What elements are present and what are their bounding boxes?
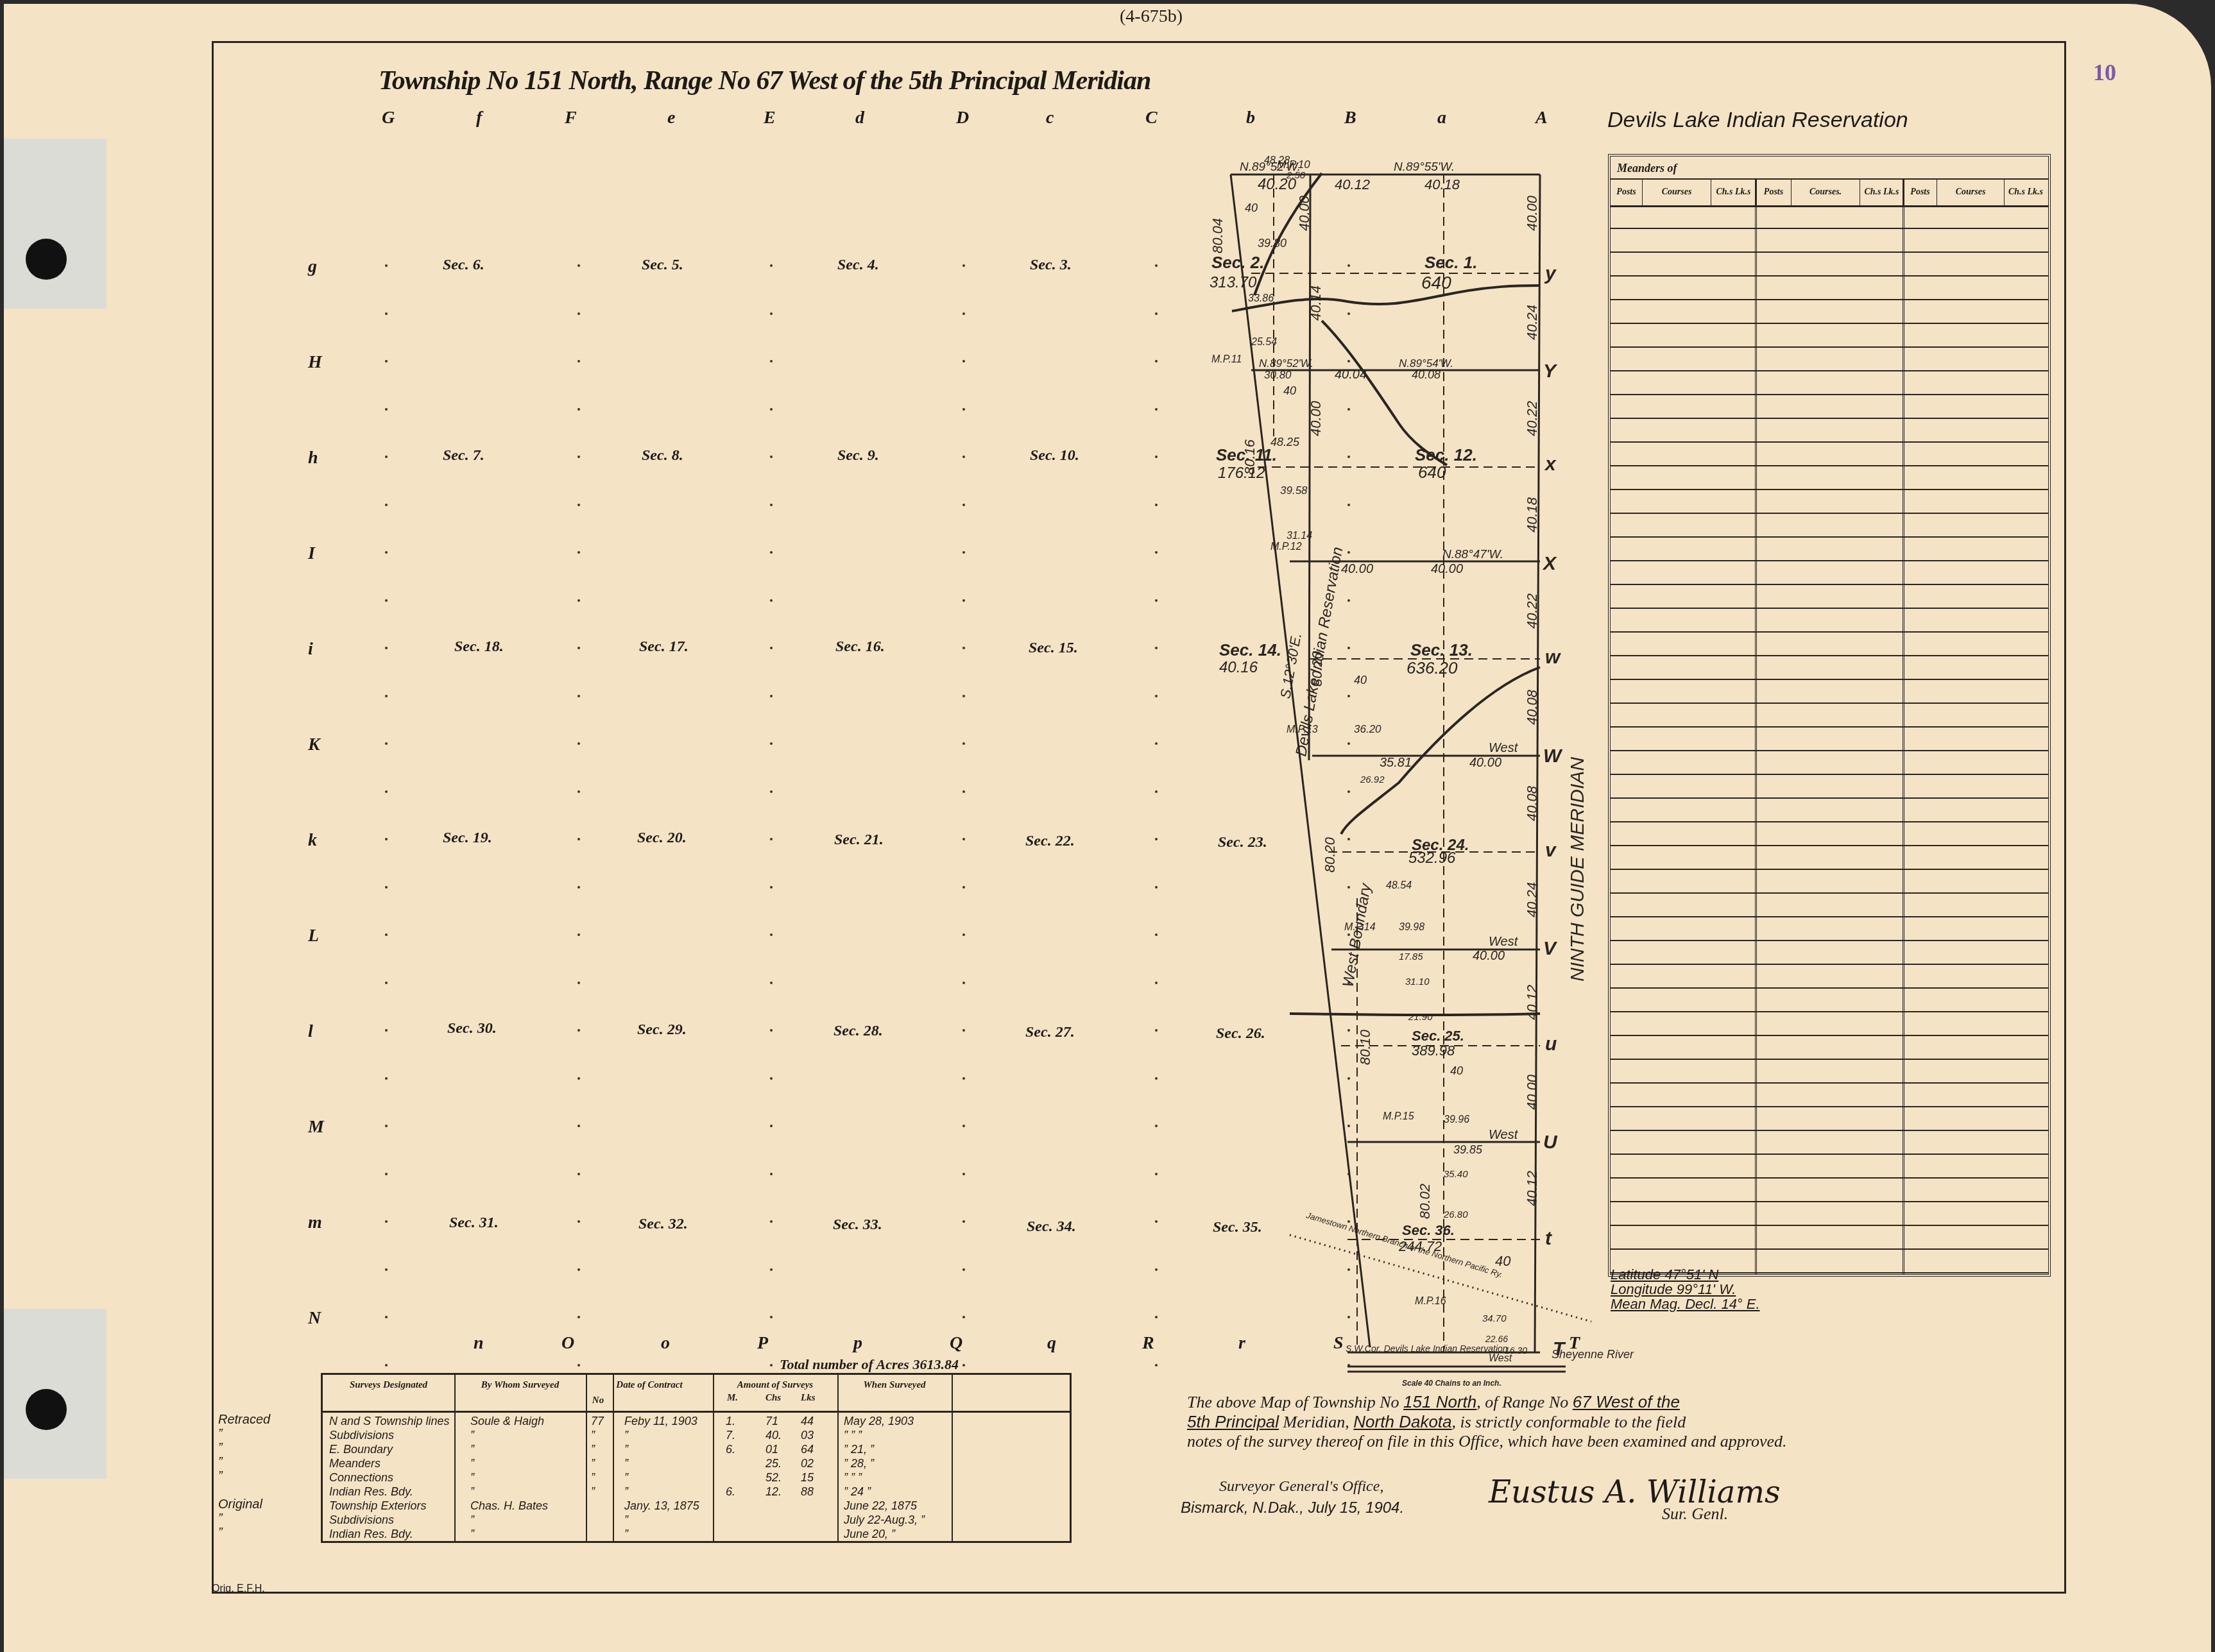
svg-text:M.P.16: M.P.16 (1415, 1296, 1446, 1307)
svg-text:40.12: 40.12 (1524, 985, 1540, 1020)
surveyor-signature: Eustus A. Williams (1489, 1474, 1781, 1510)
svg-text:Sec. 12.: Sec. 12. (1415, 445, 1477, 464)
cell-designated: E. Boundary (329, 1443, 393, 1456)
svg-text:40.00: 40.00 (1524, 195, 1540, 231)
cell-no: ” (591, 1429, 595, 1442)
svg-text:33.86: 33.86 (1248, 293, 1274, 304)
svg-text:N.89°55'W.: N.89°55'W. (1394, 160, 1455, 174)
svg-text:40.04: 40.04 (1335, 368, 1367, 382)
svg-text:Sec. 13.: Sec. 13. (1410, 640, 1473, 660)
cell-date: Feby 11, 1903 (624, 1415, 697, 1428)
col-posts: Posts (1904, 180, 1937, 205)
meanders-title: Meanders of (1611, 157, 2048, 180)
svg-text:40: 40 (1495, 1253, 1511, 1269)
svg-text:48.54: 48.54 (1386, 880, 1412, 891)
svg-text:M.P.12: M.P.12 (1270, 541, 1302, 552)
cell-ch: 71 (765, 1415, 778, 1428)
survey-status: ” (218, 1469, 223, 1484)
surveys-table: Surveys Designated By Whom Surveyed Date… (321, 1373, 1072, 1543)
svg-text:21.90: 21.90 (1408, 1012, 1433, 1023)
svg-text:Sec. 36.: Sec. 36. (1402, 1222, 1455, 1238)
svg-text:40.18: 40.18 (1424, 176, 1460, 192)
svg-text:40.24: 40.24 (1524, 882, 1540, 917)
cell-lk: 88 (801, 1485, 814, 1499)
svg-text:40: 40 (1283, 384, 1296, 397)
longitude: Longitude 99°11' W. (1611, 1282, 1760, 1297)
cell-lk: 44 (801, 1415, 814, 1428)
meanders-ruled-rows (1611, 205, 2048, 1274)
cell-date: ” (624, 1457, 628, 1470)
cell-ch: 01 (765, 1443, 778, 1456)
cell-m: 6. (726, 1485, 735, 1499)
cell-date: ” (624, 1528, 628, 1541)
cell-when: June 20, ” (844, 1528, 895, 1541)
cell-when: ” 24 ” (844, 1485, 871, 1499)
cell-ch: 52. (765, 1471, 782, 1485)
svg-text:40.00: 40.00 (1308, 400, 1324, 436)
svg-text:y: y (1544, 263, 1557, 284)
svg-text:80.02: 80.02 (1417, 1184, 1433, 1219)
svg-text:T: T (1553, 1338, 1566, 1359)
latitude: Latitude 47°51' N (1611, 1267, 1760, 1282)
svg-text:40.00: 40.00 (1431, 562, 1463, 576)
svg-text:t: t (1545, 1228, 1553, 1249)
svg-text:31.10: 31.10 (1405, 976, 1430, 987)
column-divider (1755, 180, 1757, 1274)
cell-when: ” 21, ” (844, 1443, 874, 1456)
svg-text:25.54: 25.54 (1251, 337, 1277, 348)
svg-text:N.89°52'W.: N.89°52'W. (1240, 160, 1301, 174)
svg-text:X: X (1542, 553, 1557, 574)
cell-when: ” ” ” (844, 1429, 862, 1442)
svg-text:Y: Y (1543, 361, 1558, 382)
cell-designated: Township Exteriors (329, 1499, 426, 1513)
svg-text:39.98: 39.98 (1399, 922, 1424, 933)
cell-designated: Indian Res. Bdy. (329, 1528, 413, 1541)
svg-text:40.22: 40.22 (1524, 401, 1540, 436)
svg-text:West: West (1489, 1128, 1519, 1142)
surveyor-title: Sur. Genl. (1662, 1504, 1728, 1524)
svg-text:30.80: 30.80 (1264, 369, 1292, 381)
svg-text:313.70: 313.70 (1210, 274, 1257, 291)
col-courses: Courses (1643, 180, 1711, 205)
cell-by_whom: ” (470, 1471, 474, 1485)
orig-note: Orig. E.F.H. (212, 1583, 265, 1595)
svg-text:40.22: 40.22 (1524, 593, 1540, 629)
cell-designated: Subdivisions (329, 1513, 394, 1527)
svg-text:39.58: 39.58 (1280, 484, 1308, 497)
cell-when: ” ” ” (844, 1471, 862, 1485)
cell-when: ” 28, ” (844, 1457, 874, 1470)
cell-by_whom: Soule & Haigh (470, 1415, 544, 1428)
cell-no: ” (591, 1471, 595, 1485)
svg-text:26.80: 26.80 (1443, 1209, 1468, 1220)
meanders-header-row: Posts Courses Ch.s Lk.s Posts Courses. C… (1611, 180, 2048, 207)
svg-text:40.00: 40.00 (1469, 756, 1501, 770)
svg-text:40.00: 40.00 (1296, 195, 1312, 231)
svg-text:40.12: 40.12 (1524, 1171, 1540, 1206)
cell-lk: 03 (801, 1429, 814, 1442)
col-courses: Courses. (1792, 180, 1860, 205)
svg-text:w: w (1545, 647, 1561, 668)
cell-m: 6. (726, 1443, 735, 1456)
svg-text:80.20: 80.20 (1322, 837, 1338, 873)
svg-text:Jamestown Northern Branch of t: Jamestown Northern Branch of the Norther… (1304, 1210, 1504, 1279)
cell-date: Jany. 13, 1875 (624, 1499, 699, 1513)
cell-by_whom: Chas. H. Bates (470, 1499, 548, 1513)
survey-status: ” (218, 1455, 223, 1470)
svg-text:636.20: 636.20 (1407, 658, 1458, 677)
cell-designated: Connections (329, 1471, 393, 1485)
svg-text:40.00: 40.00 (1524, 1074, 1540, 1110)
svg-text:N.88°47'W.: N.88°47'W. (1442, 548, 1503, 561)
cell-date: ” (624, 1513, 628, 1527)
hdr-m: M. (727, 1393, 738, 1404)
meanders-table: Meanders of Posts Courses Ch.s Lk.s Post… (1608, 154, 2051, 1277)
mag-declination: Mean Mag. Decl. 14° E. (1611, 1297, 1760, 1311)
latlong-block: Latitude 47°51' N Longitude 99°11' W. Me… (1611, 1267, 1760, 1311)
hdr-no: No (588, 1395, 608, 1406)
cell-designated: Meanders (329, 1457, 381, 1470)
cell-by_whom: ” (470, 1528, 474, 1541)
svg-text:39.96: 39.96 (1444, 1114, 1469, 1125)
hdr-designated: Surveys Designated (323, 1380, 454, 1391)
svg-text:26.92: 26.92 (1360, 774, 1385, 785)
svg-text:40: 40 (1450, 1064, 1463, 1077)
svg-text:34.70: 34.70 (1482, 1313, 1507, 1324)
svg-text:640: 640 (1421, 273, 1451, 293)
svg-text:640: 640 (1418, 463, 1446, 482)
svg-text:NINTH GUIDE MERIDIAN: NINTH GUIDE MERIDIAN (1567, 757, 1588, 982)
svg-text:M.P.15: M.P.15 (1383, 1111, 1414, 1122)
col-chains: Ch.s Lk.s (1860, 180, 1904, 205)
svg-text:x: x (1544, 454, 1557, 475)
svg-text:U: U (1543, 1132, 1558, 1153)
svg-text:22.66: 22.66 (1485, 1334, 1508, 1344)
svg-text:V: V (1543, 938, 1558, 959)
survey-status: ” (218, 1526, 223, 1540)
col-chains: Ch.s Lk.s (1711, 180, 1756, 205)
svg-text:Sec. 25.: Sec. 25. (1412, 1028, 1464, 1044)
cell-by_whom: ” (470, 1513, 474, 1527)
hdr-date-contract: Date of Contract (586, 1380, 713, 1391)
cell-designated: N and S Township lines (329, 1415, 449, 1428)
cell-date: ” (624, 1485, 628, 1499)
cell-ch: 25. (765, 1457, 782, 1470)
svg-text:40.00: 40.00 (1341, 562, 1373, 576)
total-acres: Total number of Acres 3613.84 (780, 1356, 959, 1373)
cell-when: May 28, 1903 (844, 1415, 914, 1428)
cell-by_whom: ” (470, 1429, 474, 1442)
svg-text:u: u (1545, 1034, 1557, 1055)
svg-text:31.14: 31.14 (1287, 531, 1312, 541)
svg-text:S.W.Cor. Devils Lake Indian Re: S.W.Cor. Devils Lake Indian Reservation (1346, 1343, 1508, 1354)
svg-text:532.96: 532.96 (1408, 849, 1456, 867)
svg-text:389.98: 389.98 (1412, 1043, 1455, 1059)
cell-designated: Indian Res. Bdy. (329, 1485, 413, 1499)
svg-text:40.08: 40.08 (1524, 689, 1540, 725)
certificate-text: The above Map of Township No 151 North, … (1187, 1392, 1880, 1451)
column-divider (1903, 180, 1904, 1274)
col-courses: Courses (1937, 180, 2005, 205)
cell-lk: 64 (801, 1443, 814, 1456)
cell-when: July 22-Aug.3, ” (844, 1513, 925, 1527)
svg-text:40.08: 40.08 (1412, 368, 1441, 381)
hdr-amount: Amount of Surveys (713, 1380, 837, 1391)
svg-text:West: West (1489, 741, 1519, 755)
survey-status: ” (218, 1511, 223, 1526)
svg-text:40.00: 40.00 (1473, 949, 1505, 963)
svg-text:Sec. 2.: Sec. 2. (1211, 253, 1264, 272)
svg-text:39.85: 39.85 (1453, 1143, 1483, 1156)
survey-status: Original (218, 1497, 262, 1512)
svg-text:80.20: 80.20 (1309, 651, 1325, 686)
cell-no: ” (591, 1443, 595, 1456)
svg-text:Scale 40 Chains to an Inch.: Scale 40 Chains to an Inch. (1402, 1379, 1501, 1388)
hdr-ch: Chs (765, 1393, 781, 1404)
cell-no: ” (591, 1457, 595, 1470)
col-posts: Posts (1611, 180, 1643, 205)
cell-date: ” (624, 1429, 628, 1442)
svg-text:36.20: 36.20 (1354, 723, 1381, 735)
svg-text:40.20: 40.20 (1258, 176, 1297, 193)
svg-text:39.80: 39.80 (1258, 237, 1287, 250)
cell-designated: Subdivisions (329, 1429, 394, 1442)
svg-text:40.12: 40.12 (1335, 176, 1370, 192)
cell-by_whom: ” (470, 1443, 474, 1456)
hdr-when: When Surveyed (837, 1380, 952, 1391)
svg-text:Sec. 1.: Sec. 1. (1424, 253, 1477, 272)
svg-text:W: W (1543, 745, 1563, 767)
hdr-by-whom: By Whom Surveyed (454, 1380, 586, 1391)
svg-text:40.08: 40.08 (1524, 785, 1540, 821)
svg-text:80.10: 80.10 (1357, 1029, 1373, 1065)
cell-by_whom: ” (470, 1457, 474, 1470)
survey-status: ” (218, 1427, 223, 1442)
svg-text:80.04: 80.04 (1210, 218, 1226, 253)
svg-text:40.14: 40.14 (1308, 285, 1324, 321)
col-chains: Ch.s Lk.s (2005, 180, 2047, 205)
svg-text:West: West (1489, 935, 1519, 949)
svg-text:West Boundary: West Boundary (1339, 881, 1374, 989)
cell-ch: 12. (765, 1485, 782, 1499)
col-posts: Posts (1756, 180, 1792, 205)
svg-text:v: v (1545, 840, 1557, 861)
svg-text:40.16: 40.16 (1219, 659, 1258, 676)
cell-lk: 02 (801, 1457, 814, 1470)
svg-text:35.40: 35.40 (1444, 1169, 1468, 1180)
office-block: Surveyor General's Office, Bismarck, N.D… (1181, 1476, 1404, 1519)
cell-date: ” (624, 1443, 628, 1456)
survey-status: ” (218, 1441, 223, 1456)
svg-text:40: 40 (1354, 674, 1367, 686)
cell-by_whom: ” (470, 1485, 474, 1499)
cell-m: 1. (726, 1415, 735, 1428)
svg-text:35.81: 35.81 (1380, 756, 1412, 770)
cell-no: 77 (591, 1415, 604, 1428)
hdr-lk: Lks (801, 1393, 816, 1404)
survey-status: Retraced (218, 1413, 270, 1427)
svg-text:40: 40 (1245, 201, 1258, 214)
svg-text:80.16: 80.16 (1242, 439, 1258, 475)
cell-when: June 22, 1875 (844, 1499, 917, 1513)
svg-text:N.89°52'W.: N.89°52'W. (1259, 357, 1313, 370)
cell-m: 7. (726, 1429, 735, 1442)
svg-text:M.P.11: M.P.11 (1211, 354, 1242, 365)
svg-text:Sec. 14.: Sec. 14. (1219, 640, 1281, 660)
svg-text:40.18: 40.18 (1524, 497, 1540, 532)
cell-date: ” (624, 1471, 628, 1485)
svg-text:40.24: 40.24 (1524, 305, 1540, 340)
svg-text:West: West (1489, 1353, 1512, 1364)
cell-lk: 15 (801, 1471, 814, 1485)
svg-text:17.85: 17.85 (1399, 951, 1423, 962)
cell-ch: 40. (765, 1429, 782, 1442)
cell-no: ” (591, 1485, 595, 1499)
